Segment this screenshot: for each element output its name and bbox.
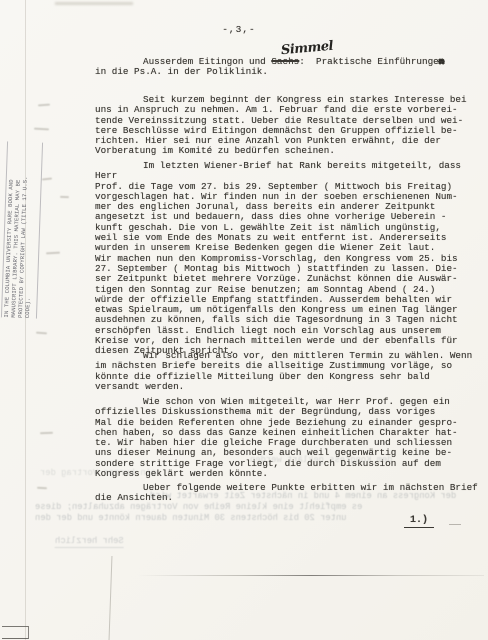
paragraph-termin-vorschlag: Im letzten Wiener-Brief hat Rank bereits…: [95, 161, 479, 357]
bleedthrough-underlined-text: Sehr herzlich: [55, 536, 124, 548]
scan-corner-mark: [2, 626, 29, 639]
bleedthrough-line: es empfiehlt eine kleine Reihe von Vortr…: [35, 502, 362, 512]
paragraph-mittlerer-termin: Wir schlagen also vor, den mittleren Ter…: [95, 351, 479, 392]
pencil-mark: [40, 432, 53, 434]
scanned-letter-page: IN THE COLUMBIA UNIVERSITY RARE BOOK AND…: [0, 0, 488, 640]
pencil-mark: [37, 487, 47, 490]
footer-dash-mark: [449, 524, 461, 525]
paper-edge-line: [25, 0, 26, 640]
pencil-mark: [42, 177, 52, 180]
scan-line-artifact: [138, 575, 484, 576]
bleedthrough-line: unter 20 bis höchstens 30 Minuten dauern…: [35, 513, 346, 523]
bleedthrough-line: der Kongress an einem 4 und in nächster …: [150, 491, 456, 501]
pencil-mark: [38, 104, 50, 107]
scan-smudge: [55, 2, 133, 5]
pencil-mark: [46, 252, 60, 255]
ink-blot-overstrike: n: [439, 56, 444, 67]
scan-crease-line: [109, 556, 113, 640]
pencil-mark: [60, 196, 69, 198]
para1-post: Praktische Einführunge: [305, 56, 439, 67]
bleedthrough-line: ein kurzer Vortrag der: [40, 468, 156, 478]
para1-line2: in die Ps.A. in der Poliklinik.: [95, 66, 268, 77]
paragraph-heading-eitingon: Ausserdem Eitingon und Sachs: Praktische…: [95, 57, 479, 78]
bleedthrough-line: dem Kongress geklärt werden: [250, 455, 393, 465]
struck-name: Sachs: [271, 56, 299, 67]
footer-item-number: 1.): [404, 515, 434, 528]
pencil-mark: [34, 128, 49, 131]
library-copyright-stamp: IN THE COLUMBIA UNIVERSITY RARE BOOK AND…: [1, 141, 43, 318]
pencil-mark: [36, 332, 47, 335]
page-number-header: -,3,-: [0, 24, 478, 35]
paragraph-kongress-interesse: Seit kurzem beginnt der Kongress ein sta…: [95, 95, 479, 157]
